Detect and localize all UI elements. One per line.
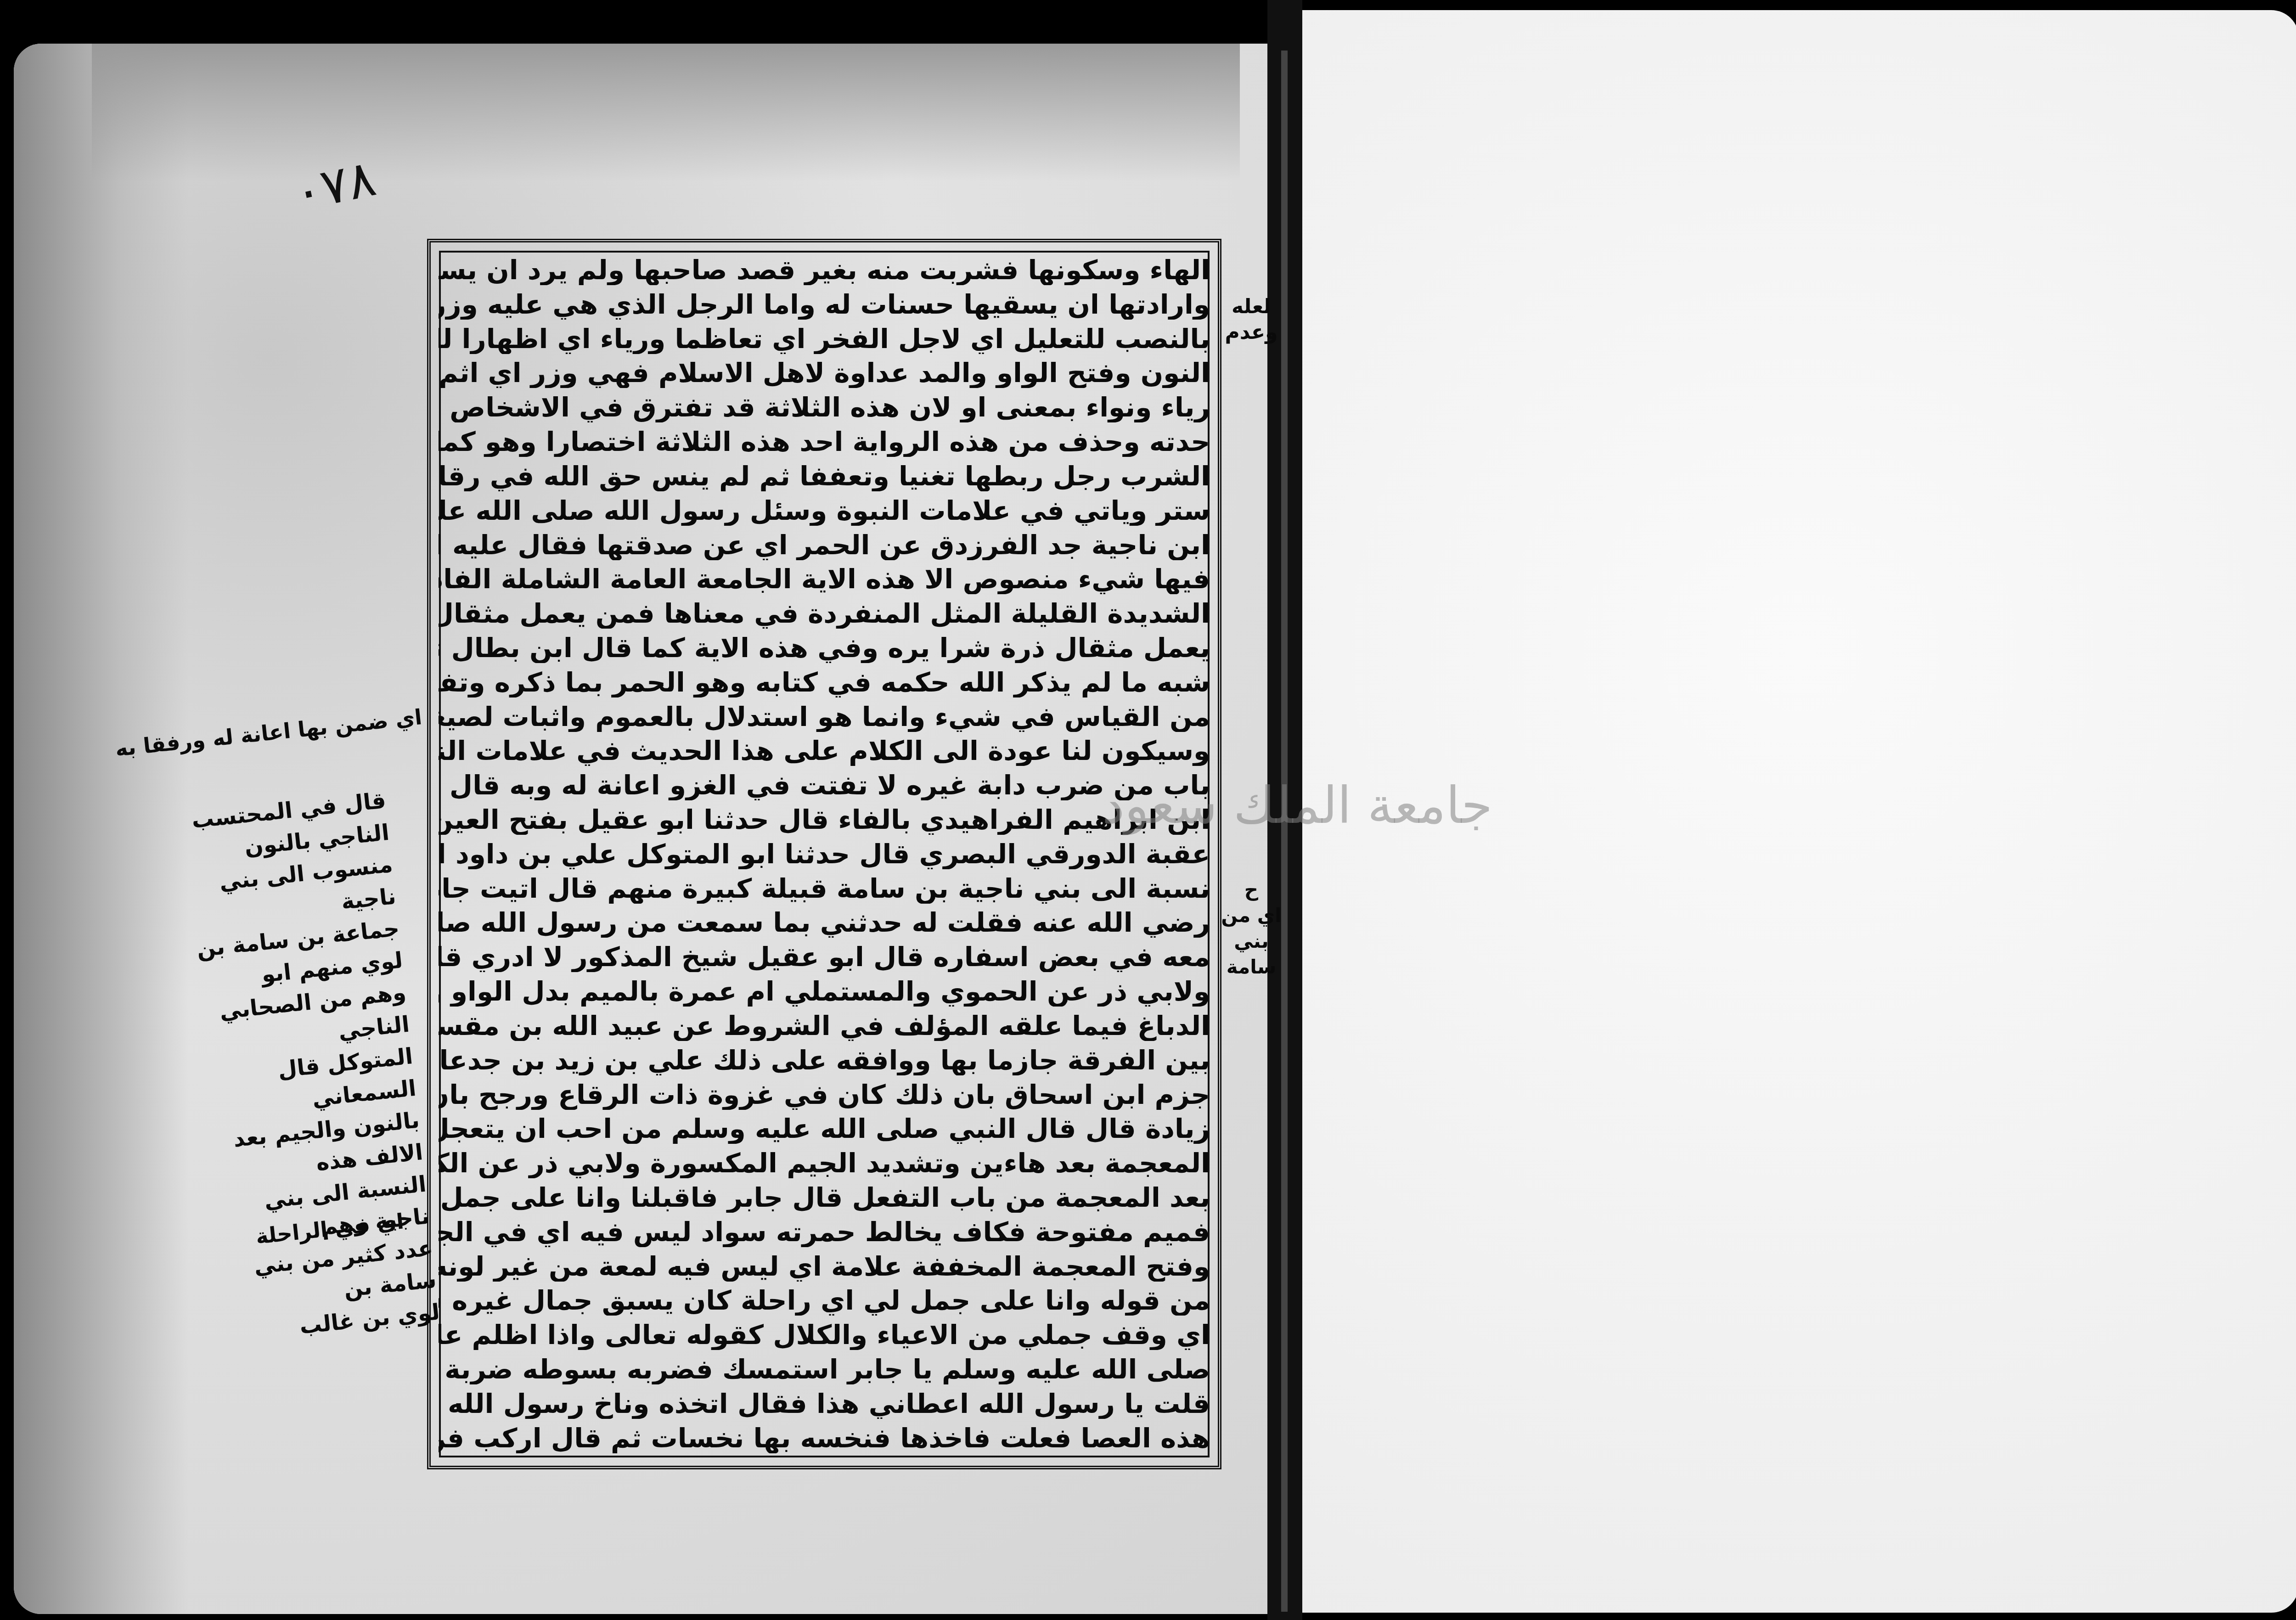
text-line: رياء ونواء بمعنى او لان هذه الثلاثة قد ت… bbox=[439, 392, 1210, 422]
text-line: فميم مفتوحة فكاف يخالط حمرته سواد ليس في… bbox=[439, 1217, 1210, 1247]
water-stain-left-edge bbox=[14, 44, 188, 1614]
text-line: زيادة قال قال النبي صلى الله عليه وسلم م… bbox=[439, 1114, 1210, 1144]
text-line: بين الفرقة جازما بها ووافقه على ذلك علي … bbox=[439, 1045, 1210, 1075]
margin-note-right-middle: حاي منبني سامة bbox=[1212, 877, 1290, 980]
text-line: بالنصب للتعليل اي لاجل الفخر اي تعاظما و… bbox=[439, 324, 1210, 354]
margin-note-right-top: لعلهوعدم bbox=[1217, 294, 1286, 345]
text-line: الهاء وسكونها فشربت منه بغير قصد صاحبها … bbox=[439, 255, 1210, 285]
text-line: من قوله وانا على جمل لي اي راحلة كان يسب… bbox=[439, 1285, 1210, 1316]
text-line: وفتح المعجمة المخففة علامة اي ليس فيه لم… bbox=[439, 1251, 1210, 1282]
text-line: ابن ناجية جد الفرزدق عن الحمر اي عن صدقت… bbox=[439, 530, 1210, 560]
text-line: المعجمة بعد هاءين وتشديد الجيم المكسورة … bbox=[439, 1148, 1210, 1178]
text-line: قلت يا رسول الله اعطاني هذا فقال اتخذه و… bbox=[439, 1389, 1210, 1419]
text-line: رضي الله عنه فقلت له حدثني بما سمعت من ر… bbox=[439, 907, 1210, 938]
margin-note-line: بني سامة bbox=[1212, 928, 1290, 980]
text-line: ولابي ذر عن الحموي والمستملي ام عمرة بال… bbox=[439, 976, 1210, 1007]
text-line: باب من ضرب دابة غيره لا تفتت في الغزو اع… bbox=[439, 770, 1210, 800]
text-line: نسبة الى بني ناجية بن سامة قبيلة كبيرة م… bbox=[439, 873, 1210, 904]
text-line: بعد المعجمة من باب التفعل قال جابر فاقبل… bbox=[439, 1182, 1210, 1213]
margin-note-line: ح bbox=[1212, 877, 1290, 903]
margin-note-line: اي من bbox=[1212, 903, 1290, 928]
text-line: النون وفتح الواو والمد عداوة لاهل الاسلا… bbox=[439, 358, 1210, 388]
text-line: اي وقف جملي من الاعياء والكلال كقوله تعا… bbox=[439, 1320, 1210, 1350]
text-line: حدته وحذف من هذه الرواية احد هذه الثلاثة… bbox=[439, 427, 1210, 457]
text-line: ستر وياتي في علامات النبوة وسئل رسول الل… bbox=[439, 495, 1210, 526]
text-line: هذه العصا فعلت فاخذها فنخسه بها نخسات ثم… bbox=[439, 1423, 1210, 1453]
text-line: عقبة الدورقي البصري قال حدثنا ابو المتوك… bbox=[439, 839, 1210, 869]
text-line: ابن ابراهيم الفراهيدي بالفاء قال حدثنا ا… bbox=[439, 804, 1210, 835]
text-line: يعمل مثقال ذرة شرا يره وفي هذه الاية كما… bbox=[439, 633, 1210, 663]
main-text-block: الهاء وسكونها فشربت منه بغير قصد صاحبها … bbox=[439, 255, 1210, 1453]
margin-note-line: وعدم bbox=[1217, 320, 1286, 345]
text-line: شبه ما لم يذكر الله حكمه في كتابه وهو ال… bbox=[439, 667, 1210, 697]
text-line: جزم ابن اسحاق بان ذلك كان في غزوة ذات ال… bbox=[439, 1080, 1210, 1110]
text-line: وسيكون لنا عودة الى الكلام على هذا الحدي… bbox=[439, 736, 1210, 766]
text-line: الشرب رجل ربطها تغنيا وتعففا ثم لم ينس ح… bbox=[439, 461, 1210, 491]
text-line: صلى الله عليه وسلم يا جابر استمسك فضربه … bbox=[439, 1354, 1210, 1384]
text-line: وارادتها ان يسقيها حسنات له واما الرجل ا… bbox=[439, 289, 1210, 320]
library-watermark: جامعة الملك سعود bbox=[1102, 776, 1492, 835]
text-line: من القياس في شيء وانما هو استدلال بالعمو… bbox=[439, 702, 1210, 732]
text-line: الشديدة القليلة المثل المنفردة في معناها… bbox=[439, 598, 1210, 629]
text-line: الدباغ فيما علقه المؤلف في الشروط عن عبي… bbox=[439, 1011, 1210, 1041]
margin-note-line: لعله bbox=[1217, 294, 1286, 320]
water-stain-top-edge bbox=[92, 44, 1240, 181]
text-line: فيها شيء منصوص الا هذه الاية الجامعة الع… bbox=[439, 564, 1210, 594]
text-line: معه في بعض اسفاره قال ابو عقيل شيخ المذك… bbox=[439, 942, 1210, 972]
